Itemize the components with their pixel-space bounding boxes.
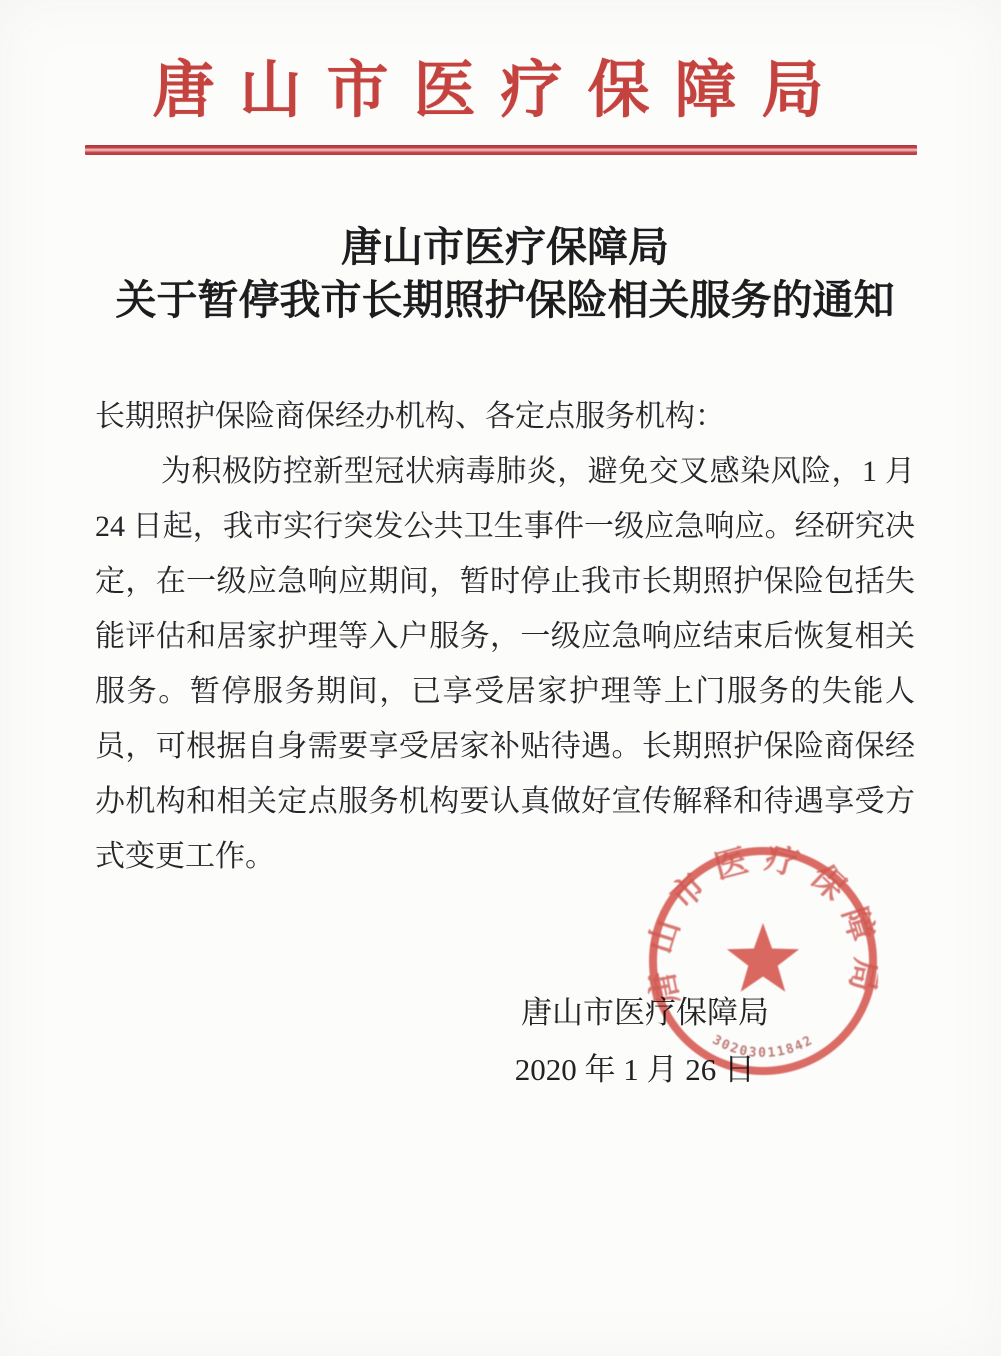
salutation: 长期照护保险商保经办机构、各定点服务机构：: [95, 389, 915, 444]
letterhead-divider: [85, 145, 917, 155]
body-paragraph: 为积极防控新型冠状病毒肺炎，避免交叉感染风险，1 月 24 日起，我市实行突发公…: [95, 444, 915, 884]
notice-title-line2: 关于暂停我市长期照护保险相关服务的通知: [95, 274, 915, 327]
letterhead: 唐山市医疗保障局: [0, 0, 1001, 155]
notice-title-line1: 唐山市医疗保障局: [95, 221, 915, 274]
letterhead-org-name: 唐山市医疗保障局: [0, 40, 1001, 129]
star-icon: [727, 923, 799, 992]
document-page: 唐山市医疗保障局 唐山市医疗保障局 关于暂停我市长期照护保险相关服务的通知 长期…: [0, 0, 1001, 1356]
notice-title: 唐山市医疗保障局 关于暂停我市长期照护保险相关服务的通知: [95, 221, 915, 327]
official-seal: 唐山市医疗保障局 1302030118422: [648, 846, 878, 1076]
